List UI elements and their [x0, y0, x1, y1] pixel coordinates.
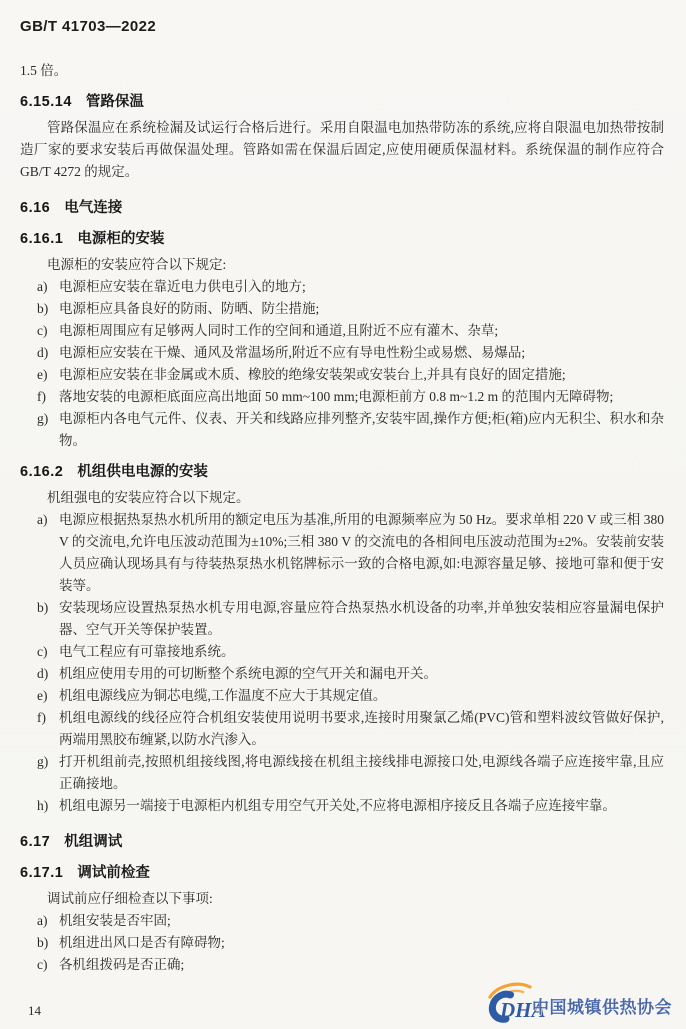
dha-watermark: DHA 中国城镇供热协会 — [478, 981, 672, 1025]
list-item: d)电源柜应安装在干燥、通风及常温场所,附近不应有导电性粉尘或易燃、易爆品; — [20, 342, 664, 364]
list-item-text: 机组电源线的线径应符合机组安装使用说明书要求,连接时用聚氯乙烯(PVC)管和塑料… — [59, 710, 664, 747]
list-item-label: c) — [37, 954, 48, 976]
section-heading: 6.16.2机组供电电源的安装 — [20, 461, 664, 483]
list-item: g)打开机组前壳,按照机组接线图,将电源线接在机组主接线排电源接口处,电源线各端… — [20, 751, 664, 795]
clause-list: a)机组安装是否牢固;b)机组进出风口是否有障碍物;c)各机组拨码是否正确; — [20, 910, 664, 976]
list-item-label: b) — [37, 298, 48, 320]
list-item-text: 落地安装的电源柜底面应高出地面 50 mm~100 mm;电源柜前方 0.8 m… — [59, 389, 613, 404]
list-item-text: 机组电源另一端接于电源柜内机组专用空气开关处,不应将电源相序接反且各端子应连接牢… — [59, 798, 616, 813]
paragraph: 1.5 倍。 — [20, 60, 664, 82]
list-item-text: 电源柜应具备良好的防雨、防晒、防尘措施; — [59, 301, 319, 316]
list-item: a)电源应根据热泵热水机所用的额定电压为基准,所用的电源频率应为 50 Hz。要… — [20, 509, 664, 597]
section-title: 电源柜的安装 — [77, 231, 164, 247]
section-number: 6.15.14 — [20, 94, 72, 110]
section-number: 6.16.1 — [20, 231, 63, 247]
clause-list: a)电源应根据热泵热水机所用的额定电压为基准,所用的电源频率应为 50 Hz。要… — [20, 509, 664, 817]
clause-list: a)电源柜应安装在靠近电力供电引入的地方;b)电源柜应具备良好的防雨、防晒、防尘… — [20, 276, 664, 452]
list-item-text: 电源柜应安装在干燥、通风及常温场所,附近不应有导电性粉尘或易燃、易爆品; — [59, 345, 525, 360]
list-item-text: 机组安装是否牢固; — [59, 913, 171, 928]
standard-code-header: GB/T 41703—2022 — [20, 16, 664, 38]
section-heading: 6.15.14管路保温 — [20, 91, 664, 113]
list-item-label: b) — [37, 932, 48, 954]
list-item-text: 各机组拨码是否正确; — [59, 957, 184, 972]
list-item: c)电源柜周围应有足够两人同时工作的空间和通道,且附近不应有灌木、杂草; — [20, 320, 664, 342]
section-heading: 6.16.1电源柜的安装 — [20, 228, 664, 250]
document-page: GB/T 41703—2022 1.5 倍。6.15.14管路保温管路保温应在系… — [0, 0, 686, 1029]
page-number: 14 — [28, 1003, 41, 1019]
section-title: 电气连接 — [64, 200, 122, 216]
document-content-wrapper: GB/T 41703—2022 1.5 倍。6.15.14管路保温管路保温应在系… — [0, 0, 686, 976]
list-item-text: 机组应使用专用的可切断整个系统电源的空气开关和漏电开关。 — [59, 666, 437, 681]
section-number: 6.16 — [20, 200, 50, 216]
paragraph: 调试前应仔细检查以下事项: — [20, 888, 664, 910]
list-item-label: e) — [37, 685, 48, 707]
document-content: 1.5 倍。6.15.14管路保温管路保温应在系统检漏及试运行合格后进行。采用自… — [20, 60, 664, 976]
list-item-label: a) — [37, 276, 48, 298]
list-item: a)机组安装是否牢固; — [20, 910, 664, 932]
list-item-text: 安装现场应设置热泵热水机专用电源,容量应符合热泵热水机设备的功率,并单独安装相应… — [59, 600, 664, 637]
list-item-text: 电源柜应安装在非金属或木质、橡胶的绝缘安装架或安装台上,并具有良好的固定措施; — [59, 367, 566, 382]
section-heading: 6.17机组调试 — [20, 831, 664, 853]
section-title: 管路保温 — [86, 94, 144, 110]
list-item-label: g) — [37, 751, 48, 773]
section-title: 机组供电电源的安装 — [77, 464, 208, 480]
list-item: e)机组电源线应为铜芯电缆,工作温度不应大于其规定值。 — [20, 685, 664, 707]
section-heading: 6.17.1调试前检查 — [20, 862, 664, 884]
list-item: f)落地安装的电源柜底面应高出地面 50 mm~100 mm;电源柜前方 0.8… — [20, 386, 664, 408]
paragraph: 管路保温应在系统检漏及试运行合格后进行。采用自限温电加热带防冻的系统,应将自限温… — [20, 117, 664, 183]
list-item-text: 打开机组前壳,按照机组接线图,将电源线接在机组主接线排电源接口处,电源线各端子应… — [59, 754, 664, 791]
list-item-label: c) — [37, 641, 48, 663]
list-item-text: 机组电源线应为铜芯电缆,工作温度不应大于其规定值。 — [59, 688, 386, 703]
section-heading: 6.16电气连接 — [20, 197, 664, 219]
list-item: b)机组进出风口是否有障碍物; — [20, 932, 664, 954]
list-item: e)电源柜应安装在非金属或木质、橡胶的绝缘安装架或安装台上,并具有良好的固定措施… — [20, 364, 664, 386]
section-title: 调试前检查 — [77, 865, 150, 881]
list-item-label: a) — [37, 509, 48, 531]
paragraph: 电源柜的安装应符合以下规定: — [20, 254, 664, 276]
section-number: 6.16.2 — [20, 464, 63, 480]
list-item: c)各机组拨码是否正确; — [20, 954, 664, 976]
list-item-text: 机组进出风口是否有障碍物; — [59, 935, 225, 950]
list-item-label: g) — [37, 408, 48, 430]
section-number: 6.17.1 — [20, 865, 63, 881]
list-item-text: 电源柜内各电气元件、仪表、开关和线路应排列整齐,安装牢固,操作方便;柜(箱)应内… — [59, 411, 664, 448]
paragraph: 机组强电的安装应符合以下规定。 — [20, 487, 664, 509]
list-item-text: 电气工程应有可靠接地系统。 — [59, 644, 235, 659]
list-item-text: 电源应根据热泵热水机所用的额定电压为基准,所用的电源频率应为 50 Hz。要求单… — [59, 512, 664, 593]
list-item: a)电源柜应安装在靠近电力供电引入的地方; — [20, 276, 664, 298]
list-item-label: d) — [37, 663, 48, 685]
list-item-label: d) — [37, 342, 48, 364]
list-item: b)安装现场应设置热泵热水机专用电源,容量应符合热泵热水机设备的功率,并单独安装… — [20, 597, 664, 641]
list-item: b)电源柜应具备良好的防雨、防晒、防尘措施; — [20, 298, 664, 320]
list-item: h)机组电源另一端接于电源柜内机组专用空气开关处,不应将电源相序接反且各端子应连… — [20, 795, 664, 817]
section-number: 6.17 — [20, 834, 50, 850]
list-item-label: e) — [37, 364, 48, 386]
list-item: c)电气工程应有可靠接地系统。 — [20, 641, 664, 663]
list-item: g)电源柜内各电气元件、仪表、开关和线路应排列整齐,安装牢固,操作方便;柜(箱)… — [20, 408, 664, 452]
list-item-label: f) — [37, 707, 46, 729]
list-item-label: a) — [37, 910, 48, 932]
list-item-label: c) — [37, 320, 48, 342]
list-item-text: 电源柜周围应有足够两人同时工作的空间和通道,且附近不应有灌木、杂草; — [59, 323, 498, 338]
list-item: f)机组电源线的线径应符合机组安装使用说明书要求,连接时用聚氯乙烯(PVC)管和… — [20, 707, 664, 751]
list-item-text: 电源柜应安装在靠近电力供电引入的地方; — [59, 279, 306, 294]
list-item-label: f) — [37, 386, 46, 408]
list-item: d)机组应使用专用的可切断整个系统电源的空气开关和漏电开关。 — [20, 663, 664, 685]
watermark-org-name: 中国城镇供热协会 — [532, 993, 672, 1025]
section-title: 机组调试 — [64, 834, 122, 850]
list-item-label: h) — [37, 795, 48, 817]
list-item-label: b) — [37, 597, 48, 619]
